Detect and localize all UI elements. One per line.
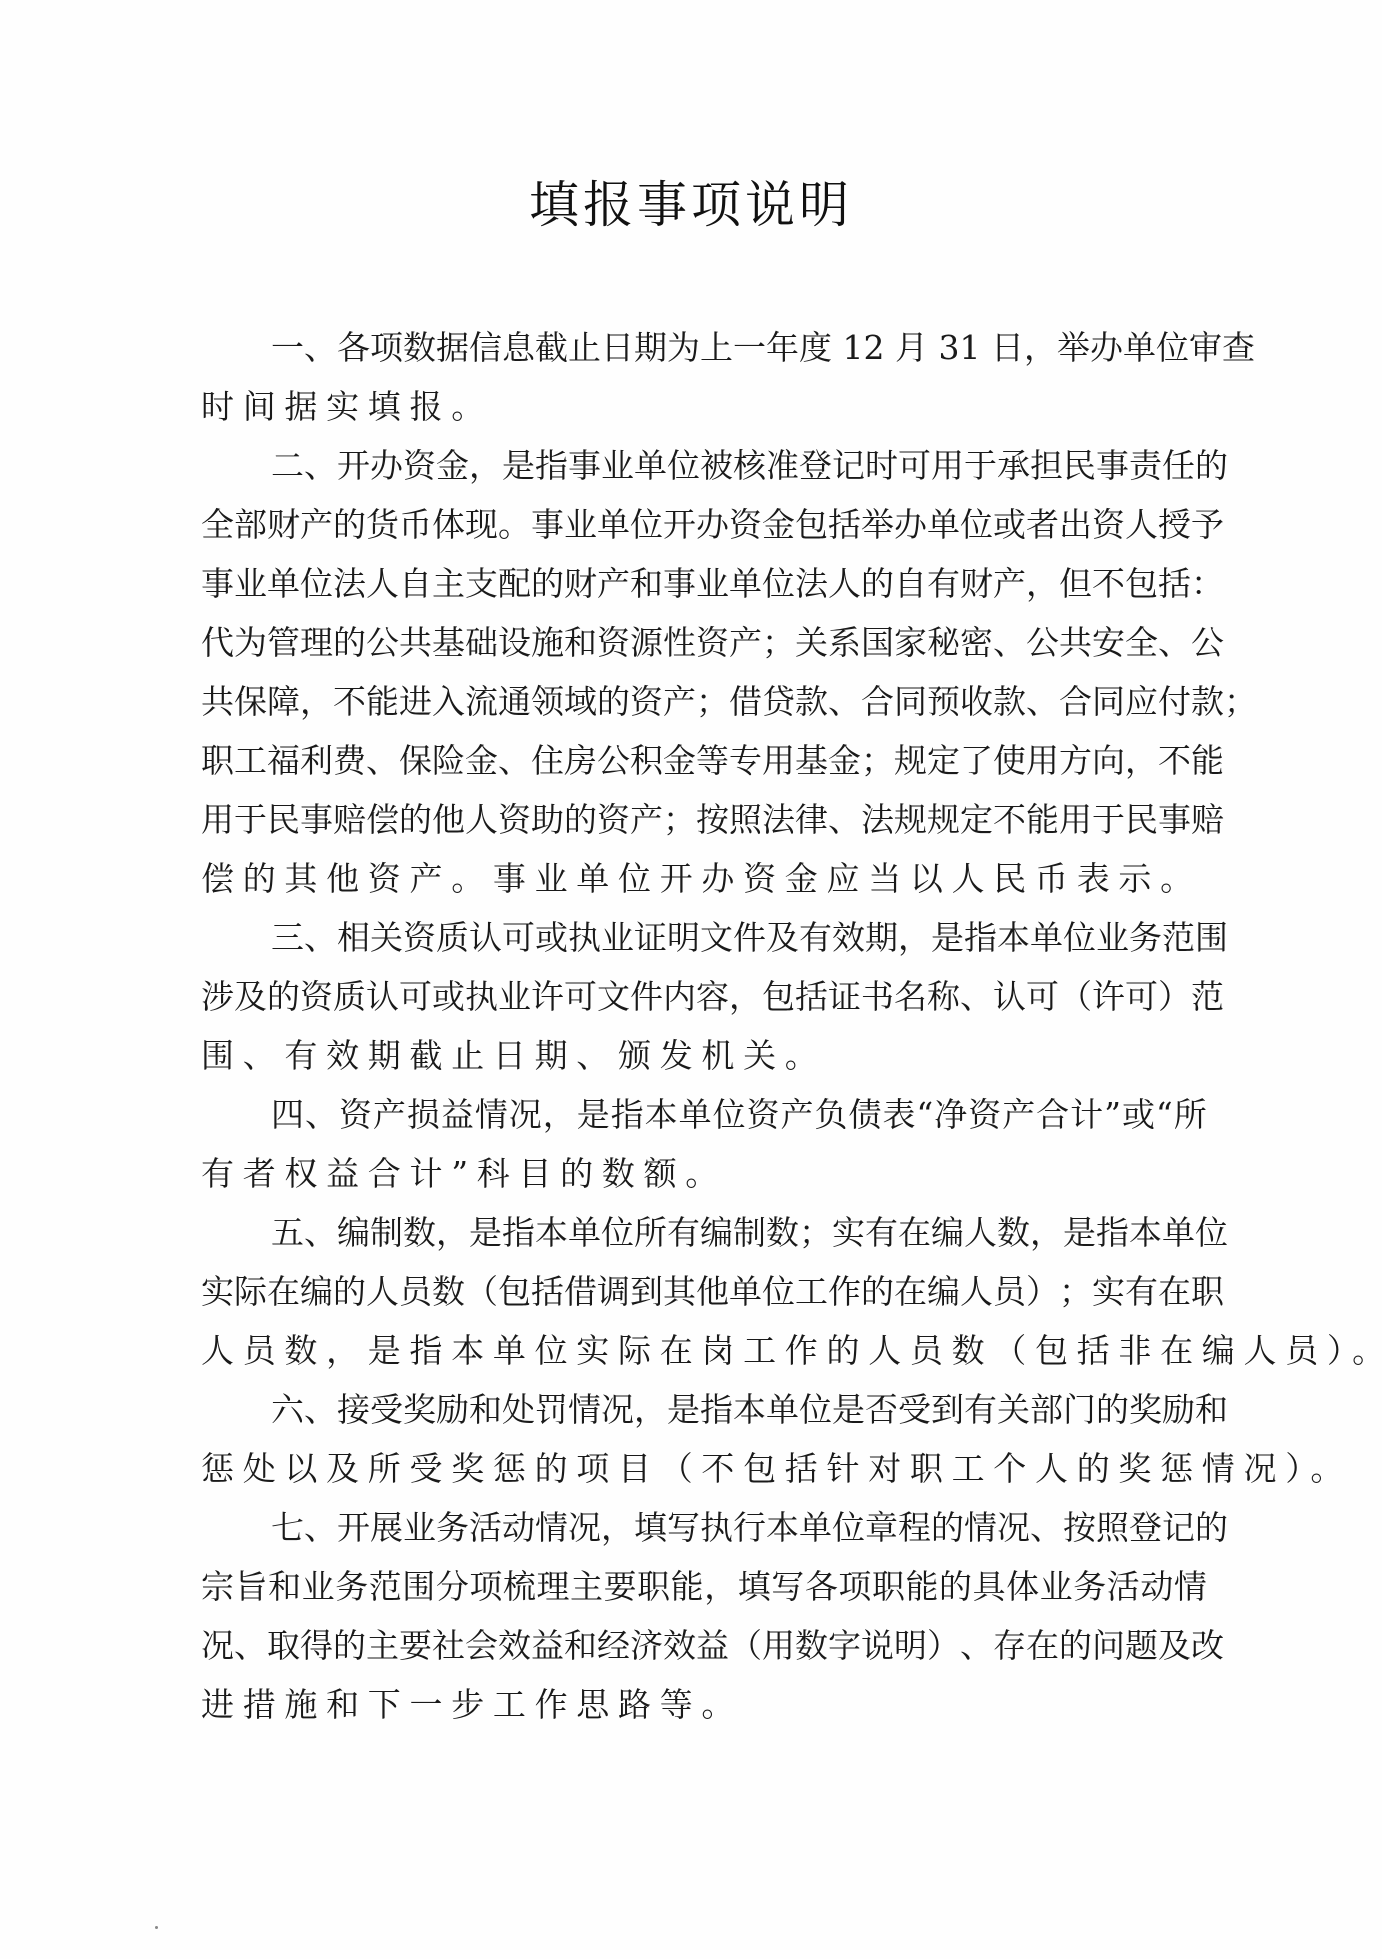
text-line: 有者权益合计”科目的数额。 bbox=[201, 1144, 1207, 1203]
text-line: 全部财产的货币体现。事业单位开办资金包括举办单位或者出资人授予 bbox=[201, 495, 1207, 554]
document-body: 一、各项数据信息截止日期为上一年度 12 月 31 日，举办单位审查 时间据实填… bbox=[201, 318, 1207, 1734]
text-line: 时间据实填报。 bbox=[201, 377, 1207, 436]
text-line: 代为管理的公共基础设施和资源性资产；关系国家秘密、公共安全、公 bbox=[201, 613, 1207, 672]
text-line: 二、开办资金，是指事业单位被核准登记时可用于承担民事责任的 bbox=[201, 436, 1207, 495]
text-line: 人员数，是指本单位实际在岗工作的人员数（包括非在编人员）。 bbox=[201, 1321, 1207, 1380]
paragraph-1: 一、各项数据信息截止日期为上一年度 12 月 31 日，举办单位审查 时间据实填… bbox=[201, 318, 1207, 436]
paragraph-3: 三、相关资质认可或执业证明文件及有效期，是指本单位业务范围 涉及的资质认可或执业… bbox=[201, 908, 1207, 1085]
document-title: 填报事项说明 bbox=[0, 165, 1382, 237]
text-line: 况、取得的主要社会效益和经济效益（用数字说明）、存在的问题及改 bbox=[201, 1616, 1207, 1675]
text-line: 实际在编的人员数（包括借调到其他单位工作的在编人员）；实有在职 bbox=[201, 1262, 1207, 1321]
text-line: 涉及的资质认可或执业许可文件内容，包括证书名称、认可（许可）范 bbox=[201, 967, 1207, 1026]
text-line: 进措施和下一步工作思路等。 bbox=[201, 1675, 1207, 1734]
text-line: 共保障，不能进入流通领域的资产；借贷款、合同预收款、合同应付款； bbox=[201, 672, 1207, 731]
text-line: 惩处以及所受奖惩的项目（不包括针对职工个人的奖惩情况）。 bbox=[201, 1439, 1207, 1498]
text-line: 六、接受奖励和处罚情况，是指本单位是否受到有关部门的奖励和 bbox=[201, 1380, 1207, 1439]
text-line: 一、各项数据信息截止日期为上一年度 12 月 31 日，举办单位审查 bbox=[201, 318, 1207, 377]
text-line: 职工福利费、保险金、住房公积金等专用基金；规定了使用方向，不能 bbox=[201, 731, 1207, 790]
document-page: 填报事项说明 一、各项数据信息截止日期为上一年度 12 月 31 日，举办单位审… bbox=[0, 0, 1382, 1959]
text-line: 七、开展业务活动情况，填写执行本单位章程的情况、按照登记的 bbox=[201, 1498, 1207, 1557]
text-line: 五、编制数，是指本单位所有编制数；实有在编人数，是指本单位 bbox=[201, 1203, 1207, 1262]
paragraph-6: 六、接受奖励和处罚情况，是指本单位是否受到有关部门的奖励和 惩处以及所受奖惩的项… bbox=[201, 1380, 1207, 1498]
paragraph-7: 七、开展业务活动情况，填写执行本单位章程的情况、按照登记的 宗旨和业务范围分项梳… bbox=[201, 1498, 1207, 1734]
text-line: 围、有效期截止日期、颁发机关。 bbox=[201, 1026, 1207, 1085]
paragraph-5: 五、编制数，是指本单位所有编制数；实有在编人数，是指本单位 实际在编的人员数（包… bbox=[201, 1203, 1207, 1380]
text-line: 用于民事赔偿的他人资助的资产；按照法律、法规规定不能用于民事赔 bbox=[201, 790, 1207, 849]
scan-speck bbox=[155, 1926, 158, 1929]
text-line: 三、相关资质认可或执业证明文件及有效期，是指本单位业务范围 bbox=[201, 908, 1207, 967]
text-line: 宗旨和业务范围分项梳理主要职能，填写各项职能的具体业务活动情 bbox=[201, 1557, 1207, 1616]
text-line: 四、资产损益情况，是指本单位资产负债表“净资产合计”或“所 bbox=[201, 1085, 1207, 1144]
paragraph-4: 四、资产损益情况，是指本单位资产负债表“净资产合计”或“所 有者权益合计”科目的… bbox=[201, 1085, 1207, 1203]
text-line: 偿的其他资产。事业单位开办资金应当以人民币表示。 bbox=[201, 849, 1207, 908]
text-line: 事业单位法人自主支配的财产和事业单位法人的自有财产，但不包括： bbox=[201, 554, 1207, 613]
paragraph-2: 二、开办资金，是指事业单位被核准登记时可用于承担民事责任的 全部财产的货币体现。… bbox=[201, 436, 1207, 908]
